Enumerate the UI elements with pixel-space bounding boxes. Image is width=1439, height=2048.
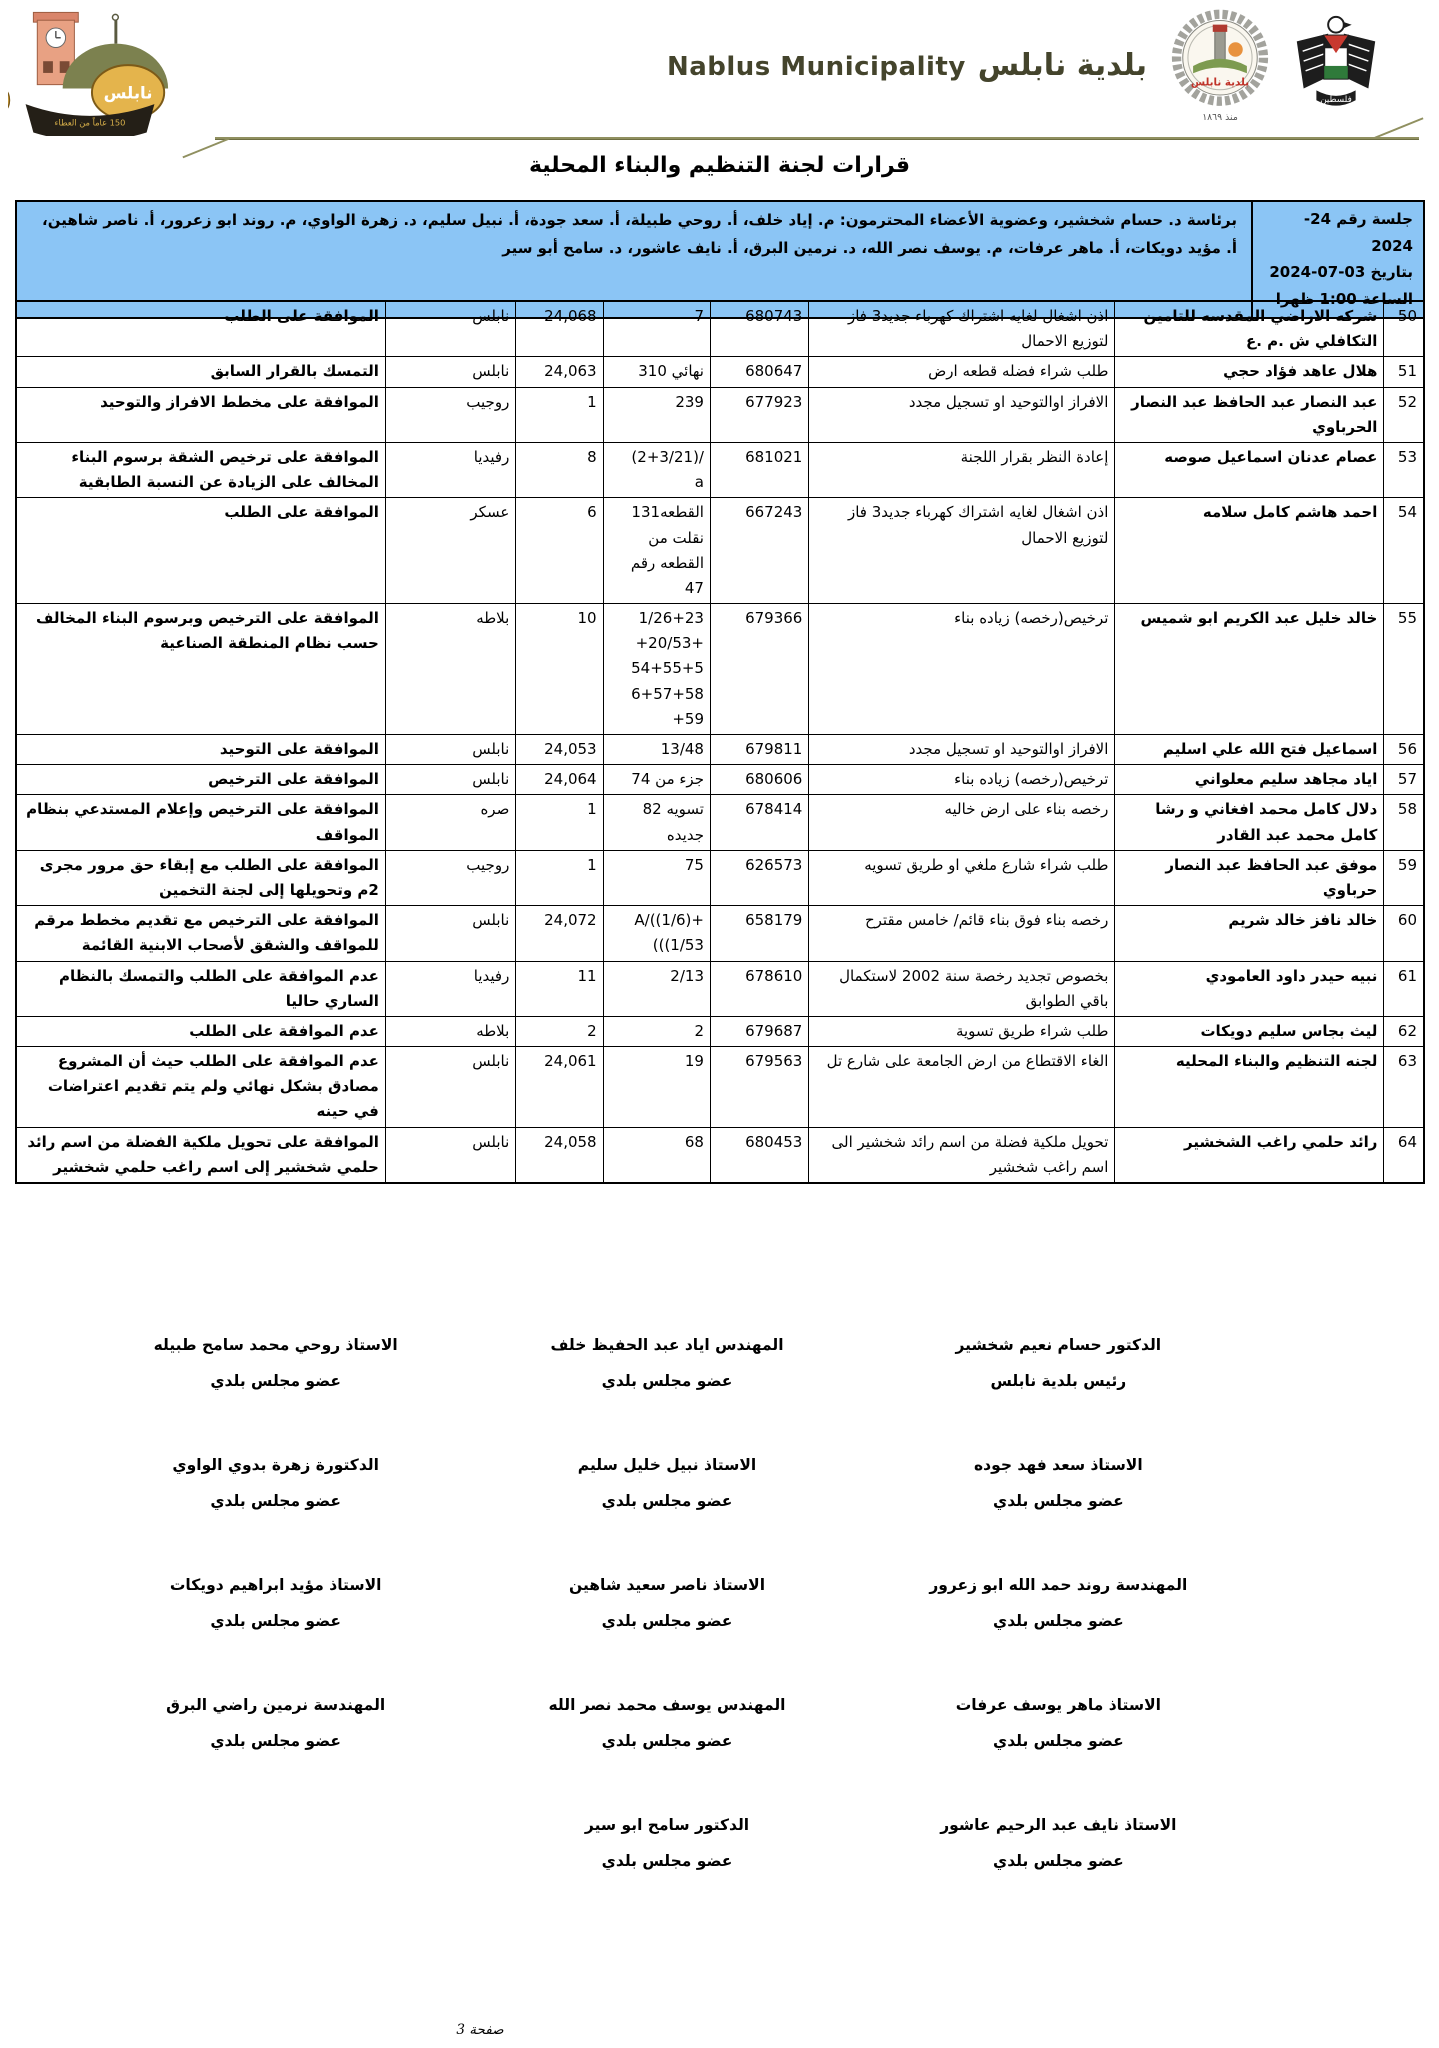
parcel-number: 2/13	[603, 961, 710, 1016]
crest-label-text: بلدية نابلس	[1191, 77, 1249, 89]
eagle-caption-text: فلسطين	[1320, 95, 1352, 105]
signatory-name: الاستاذ ناصر سعيد شاهين	[471, 1574, 862, 1597]
signatory-title: عضو مجلس بلدي	[863, 1850, 1254, 1873]
table-row: 58 دلال كامل محمد افغاني و رشا كامل محمد…	[16, 795, 1424, 850]
location-name: بلاطه	[385, 604, 515, 735]
brand-arabic-text: بلدية نابلس	[978, 48, 1147, 83]
table-row: 61 نبيه حيدر داود العامودي بخصوص تجديد ر…	[16, 961, 1424, 1016]
signatory-name: المهندسة روند حمد الله ابو زعرور	[863, 1574, 1254, 1597]
signatory-title: عضو مجلس بلدي	[471, 1850, 862, 1873]
table-row: 56 اسماعيل فتح الله علي اسليم الافراز او…	[16, 735, 1424, 765]
logo-oval-text: نابلس	[104, 83, 153, 102]
row-number: 61	[1384, 961, 1424, 1016]
applicant-name: عصام عدنان اسماعيل صوصه	[1115, 442, 1384, 497]
block-number: 1	[516, 795, 603, 850]
location-name: نابلس	[385, 906, 515, 961]
location-name: نابلس	[385, 301, 515, 357]
signatory-title: عضو مجلس بلدي	[80, 1730, 471, 1753]
request-subject: ترخيص(رخصه) زياده بناء	[809, 765, 1115, 795]
decision-text: عدم الموافقة على الطلب والتمسك بالنظام ا…	[16, 961, 385, 1016]
signature-block: المهندسة نرمين راضي البرق عضو مجلس بلدي	[80, 1688, 471, 1808]
request-subject: إعادة النظر بقرار اللجنة	[809, 442, 1115, 497]
row-number: 60	[1384, 906, 1424, 961]
row-number: 59	[1384, 850, 1424, 905]
row-number: 56	[1384, 735, 1424, 765]
signatory-name: الدكتور سامح ابو سير	[471, 1814, 862, 1837]
applicant-name: عبد النصار عبد الحافظ عبد النصار الحرباو…	[1115, 387, 1384, 442]
location-name: صره	[385, 795, 515, 850]
file-number: 678610	[710, 961, 808, 1016]
file-number: 680606	[710, 765, 808, 795]
decision-text: الموافقة على التوحيد	[16, 735, 385, 765]
location-name: روجيب	[385, 387, 515, 442]
signatory-title: عضو مجلس بلدي	[471, 1730, 862, 1753]
table-row: 59 موفق عبد الحافظ عبد النصار حرباوي طلب…	[16, 850, 1424, 905]
signatory-name: المهندس اياد عبد الحفيظ خلف	[471, 1334, 862, 1357]
request-subject: رخصه بناء على ارض خاليه	[809, 795, 1115, 850]
signatory-title: عضو مجلس بلدي	[80, 1490, 471, 1513]
file-number: 667243	[710, 498, 808, 604]
location-name: نابلس	[385, 1127, 515, 1183]
request-subject: رخصه بناء فوق بناء قائم/ خامس مقترح	[809, 906, 1115, 961]
signature-block: الدكتورة زهرة بدوي الواوي عضو مجلس بلدي	[80, 1448, 471, 1568]
signature-block: المهندسة روند حمد الله ابو زعرور عضو مجل…	[863, 1568, 1254, 1688]
location-name: عسكر	[385, 498, 515, 604]
signatory-name: المهندسة نرمين راضي البرق	[80, 1694, 471, 1717]
file-number: 679687	[710, 1016, 808, 1046]
signatory-name: الاستاذ مؤيد ابراهيم دويكات	[80, 1574, 471, 1597]
block-number: 2	[516, 1016, 603, 1046]
location-name: بلاطه	[385, 1016, 515, 1046]
parcel-number: 68	[603, 1127, 710, 1183]
request-subject: طلب شراء فضله قطعه ارض	[809, 357, 1115, 387]
decision-text: الموافقة على الطلب	[16, 301, 385, 357]
document-header: 15 نابلس 150 عاماً من العطاء بلدية نابلس…	[0, 0, 1439, 150]
row-number: 58	[1384, 795, 1424, 850]
request-subject: طلب شراء طريق تسوية	[809, 1016, 1115, 1046]
file-number: 679811	[710, 735, 808, 765]
signatory-name: الاستاذ ماهر يوسف عرفات	[863, 1694, 1254, 1717]
applicant-name: هلال عاهد فؤاد حجي	[1115, 357, 1384, 387]
signatory-name: الاستاذ سعد فهد جوده	[863, 1454, 1254, 1477]
file-number: 678414	[710, 795, 808, 850]
decisions-table-body: 50 شركه الاراضي المقدسه للتامين التكافلي…	[16, 301, 1424, 1183]
document-page: 15 نابلس 150 عاماً من العطاء بلدية نابلس…	[0, 0, 1439, 2048]
block-number: 24,072	[516, 906, 603, 961]
block-number: 24,068	[516, 301, 603, 357]
location-name: رفيديا	[385, 961, 515, 1016]
file-number: 681021	[710, 442, 808, 497]
block-number: 24,053	[516, 735, 603, 765]
block-number: 10	[516, 604, 603, 735]
signatory-title: عضو مجلس بلدي	[863, 1610, 1254, 1633]
request-subject: الافراز اوالتوحيد او تسجيل مجدد	[809, 387, 1115, 442]
table-row: 53 عصام عدنان اسماعيل صوصه إعادة النظر ب…	[16, 442, 1424, 497]
row-number: 50	[1384, 301, 1424, 357]
palestine-eagle-emblem-icon: فلسطين	[1285, 12, 1387, 112]
signature-block	[80, 1808, 471, 1928]
file-number: 679563	[710, 1047, 808, 1128]
decision-text: التمسك بالقرار السابق	[16, 357, 385, 387]
header-divider	[215, 137, 1419, 140]
block-number: 1	[516, 850, 603, 905]
signatory-name: الدكتورة زهرة بدوي الواوي	[80, 1454, 471, 1477]
block-number: 24,061	[516, 1047, 603, 1128]
signatory-name: الاستاذ نايف عبد الرحيم عاشور	[863, 1814, 1254, 1837]
signatory-title: عضو مجلس بلدي	[471, 1490, 862, 1513]
table-row: 60 خالد نافز خالد شريم رخصه بناء فوق بنا…	[16, 906, 1424, 961]
row-number: 62	[1384, 1016, 1424, 1046]
row-number: 52	[1384, 387, 1424, 442]
brand-english-text: Nablus Municipality	[667, 52, 966, 82]
parcel-number: 13/48	[603, 735, 710, 765]
block-number: 8	[516, 442, 603, 497]
location-name: نابلس	[385, 765, 515, 795]
parcel-number: 1/26+23 +20/53+ 54+55+5 6+57+58 +59	[603, 604, 710, 735]
file-number: 679366	[710, 604, 808, 735]
parcel-number: (2+3/21)/ a	[603, 442, 710, 497]
parcel-number: 2	[603, 1016, 710, 1046]
location-name: روجيب	[385, 850, 515, 905]
session-date: بتاريخ 03-07-2024	[1263, 259, 1413, 286]
applicant-name: ليث بجاس سليم دويكات	[1115, 1016, 1384, 1046]
signatures-section: الدكتور حسام نعيم شخشير رئيس بلدية نابلس…	[80, 1328, 1254, 1928]
request-subject: الافراز اوالتوحيد او تسجيل مجدد	[809, 735, 1115, 765]
table-row: 50 شركه الاراضي المقدسه للتامين التكافلي…	[16, 301, 1424, 357]
signatory-name: الدكتور حسام نعيم شخشير	[863, 1334, 1254, 1357]
decision-text: الموافقة على الترخيص	[16, 765, 385, 795]
signatory-name: الاستاذ نبيل خليل سليم	[471, 1454, 862, 1477]
applicant-name: رائد حلمي راغب الشخشير	[1115, 1127, 1384, 1183]
signatory-title: عضو مجلس بلدي	[80, 1610, 471, 1633]
location-name: نابلس	[385, 357, 515, 387]
file-number: 680453	[710, 1127, 808, 1183]
row-number: 64	[1384, 1127, 1424, 1183]
file-number: 626573	[710, 850, 808, 905]
parcel-number: 7	[603, 301, 710, 357]
decision-text: عدم الموافقة على الطلب حيث أن المشروع مص…	[16, 1047, 385, 1128]
table-row: 54 احمد هاشم كامل سلامه اذن اشغال لغايه …	[16, 498, 1424, 604]
applicant-name: موفق عبد الحافظ عبد النصار حرباوي	[1115, 850, 1384, 905]
row-number: 55	[1384, 604, 1424, 735]
signature-block: الاستاذ سعد فهد جوده عضو مجلس بلدي	[863, 1448, 1254, 1568]
file-number: 680647	[710, 357, 808, 387]
signatory-name: المهندس يوسف محمد نصر الله	[471, 1694, 862, 1717]
municipality-crest-icon: بلدية نابلس منذ ١٨٦٩	[1161, 6, 1279, 126]
decision-text: الموافقة على تحويل ملكية الفضلة من اسم ر…	[16, 1127, 385, 1183]
block-number: 24,064	[516, 765, 603, 795]
signature-block: الاستاذ روحي محمد سامح طبيله عضو مجلس بل…	[80, 1328, 471, 1448]
applicant-name: لجنه التنظيم والبناء المحليه	[1115, 1047, 1384, 1128]
applicant-name: شركه الاراضي المقدسه للتامين التكافلي ش …	[1115, 301, 1384, 357]
request-subject: الغاء الاقتطاع من ارض الجامعة على شارع ت…	[809, 1047, 1115, 1128]
parcel-number: 82 تسويه جديده	[603, 795, 710, 850]
location-name: نابلس	[385, 1047, 515, 1128]
location-name: نابلس	[385, 735, 515, 765]
parcel-number: جزء من 74	[603, 765, 710, 795]
signature-block: المهندس اياد عبد الحفيظ خلف عضو مجلس بلد…	[471, 1328, 862, 1448]
row-number: 57	[1384, 765, 1424, 795]
file-number: 680743	[710, 301, 808, 357]
file-number: 658179	[710, 906, 808, 961]
parcel-number: A/((1/6)+ (((1/53	[603, 906, 710, 961]
applicant-name: اياد مجاهد سليم معلواني	[1115, 765, 1384, 795]
session-number: جلسة رقم 24-2024	[1263, 206, 1413, 259]
signatory-title: عضو مجلس بلدي	[80, 1370, 471, 1393]
table-row: 62 ليث بجاس سليم دويكات طلب شراء طريق تس…	[16, 1016, 1424, 1046]
decision-text: الموافقة على الترخيص وبرسوم البناء المخا…	[16, 604, 385, 735]
signature-block: الاستاذ ناصر سعيد شاهين عضو مجلس بلدي	[471, 1568, 862, 1688]
decision-text: الموافقة على الترخيص وإعلام المستدعي بنظ…	[16, 795, 385, 850]
request-subject: طلب شراء شارع ملغي او طريق تسويه	[809, 850, 1115, 905]
row-number: 63	[1384, 1047, 1424, 1128]
signatory-title: عضو مجلس بلدي	[471, 1370, 862, 1393]
applicant-name: خالد نافز خالد شريم	[1115, 906, 1384, 961]
logo-ribbon-text: 150 عاماً من العطاء	[55, 117, 126, 128]
decision-text: الموافقة على الطلب	[16, 498, 385, 604]
crest-caption-text: منذ ١٨٦٩	[1202, 112, 1238, 123]
signature-block: الاستاذ نايف عبد الرحيم عاشور عضو مجلس ب…	[863, 1808, 1254, 1928]
signatory-title: عضو مجلس بلدي	[471, 1610, 862, 1633]
block-number: 24,058	[516, 1127, 603, 1183]
row-number: 53	[1384, 442, 1424, 497]
request-subject: اذن اشغال لغايه اشتراك كهرباء جديد3 فاز …	[809, 498, 1115, 604]
nablus-150-anniversary-logo-icon: 15 نابلس 150 عاماً من العطاء	[8, 4, 172, 136]
signatory-title: عضو مجلس بلدي	[863, 1730, 1254, 1753]
table-row: 55 خالد خليل عبد الكريم ابو شميس ترخيص(ر…	[16, 604, 1424, 735]
request-subject: ترخيص(رخصه) زياده بناء	[809, 604, 1115, 735]
table-row: 52 عبد النصار عبد الحافظ عبد النصار الحر…	[16, 387, 1424, 442]
request-subject: بخصوص تجديد رخصة سنة 2002 لاستكمال باقي …	[809, 961, 1115, 1016]
decision-text: الموافقة على ترخيص الشقة برسوم البناء ال…	[16, 442, 385, 497]
svg-text:15: 15	[8, 57, 14, 130]
table-row: 63 لجنه التنظيم والبناء المحليه الغاء ال…	[16, 1047, 1424, 1128]
signature-block: الدكتور حسام نعيم شخشير رئيس بلدية نابلس	[863, 1328, 1254, 1448]
decision-text: الموافقة على الطلب مع إبقاء حق مرور مجرى…	[16, 850, 385, 905]
decision-text: الموافقة على مخطط الافراز والتوحيد	[16, 387, 385, 442]
signature-block: الدكتور سامح ابو سير عضو مجلس بلدي	[471, 1808, 862, 1928]
signature-block: الاستاذ مؤيد ابراهيم دويكات عضو مجلس بلد…	[80, 1568, 471, 1688]
request-subject: اذن اشغال لغايه اشتراك كهرباء جديد3 فاز …	[809, 301, 1115, 357]
decision-text: الموافقة على الترخيص مع تقديم مخطط مرقم …	[16, 906, 385, 961]
decision-text: عدم الموافقة على الطلب	[16, 1016, 385, 1046]
row-number: 51	[1384, 357, 1424, 387]
parcel-number: 131القطعه نقلت من القطعه رقم 47	[603, 498, 710, 604]
signature-block: المهندس يوسف محمد نصر الله عضو مجلس بلدي	[471, 1688, 862, 1808]
block-number: 6	[516, 498, 603, 604]
page-number: صفحة 3	[400, 2022, 560, 2038]
block-number: 1	[516, 387, 603, 442]
block-number: 11	[516, 961, 603, 1016]
parcel-number: 75	[603, 850, 710, 905]
applicant-name: دلال كامل محمد افغاني و رشا كامل محمد عب…	[1115, 795, 1384, 850]
applicant-name: احمد هاشم كامل سلامه	[1115, 498, 1384, 604]
table-row: 64 رائد حلمي راغب الشخشير تحويل ملكية فض…	[16, 1127, 1424, 1183]
page-title: قرارات لجنة التنظيم والبناء المحلية	[0, 153, 1439, 178]
parcel-number: 239	[603, 387, 710, 442]
table-row: 51 هلال عاهد فؤاد حجي طلب شراء فضله قطعه…	[16, 357, 1424, 387]
parcel-number: 19	[603, 1047, 710, 1128]
signature-block: الاستاذ ماهر يوسف عرفات عضو مجلس بلدي	[863, 1688, 1254, 1808]
request-subject: تحويل ملكية فضلة من اسم رائد شخشير الى ا…	[809, 1127, 1115, 1183]
signature-block: الاستاذ نبيل خليل سليم عضو مجلس بلدي	[471, 1448, 862, 1568]
signatory-title: رئيس بلدية نابلس	[863, 1370, 1254, 1393]
file-number: 677923	[710, 387, 808, 442]
signatory-title: عضو مجلس بلدي	[863, 1490, 1254, 1513]
signatory-name: الاستاذ روحي محمد سامح طبيله	[80, 1334, 471, 1357]
applicant-name: اسماعيل فتح الله علي اسليم	[1115, 735, 1384, 765]
applicant-name: نبيه حيدر داود العامودي	[1115, 961, 1384, 1016]
block-number: 24,063	[516, 357, 603, 387]
decisions-table: 50 شركه الاراضي المقدسه للتامين التكافلي…	[15, 300, 1425, 1184]
municipality-brand: بلدية نابلس Nablus Municipality	[667, 48, 1147, 83]
table-row: 57 اياد مجاهد سليم معلواني ترخيص(رخصه) ز…	[16, 765, 1424, 795]
applicant-name: خالد خليل عبد الكريم ابو شميس	[1115, 604, 1384, 735]
location-name: رفيديا	[385, 442, 515, 497]
row-number: 54	[1384, 498, 1424, 604]
parcel-number: 310 نهائي	[603, 357, 710, 387]
